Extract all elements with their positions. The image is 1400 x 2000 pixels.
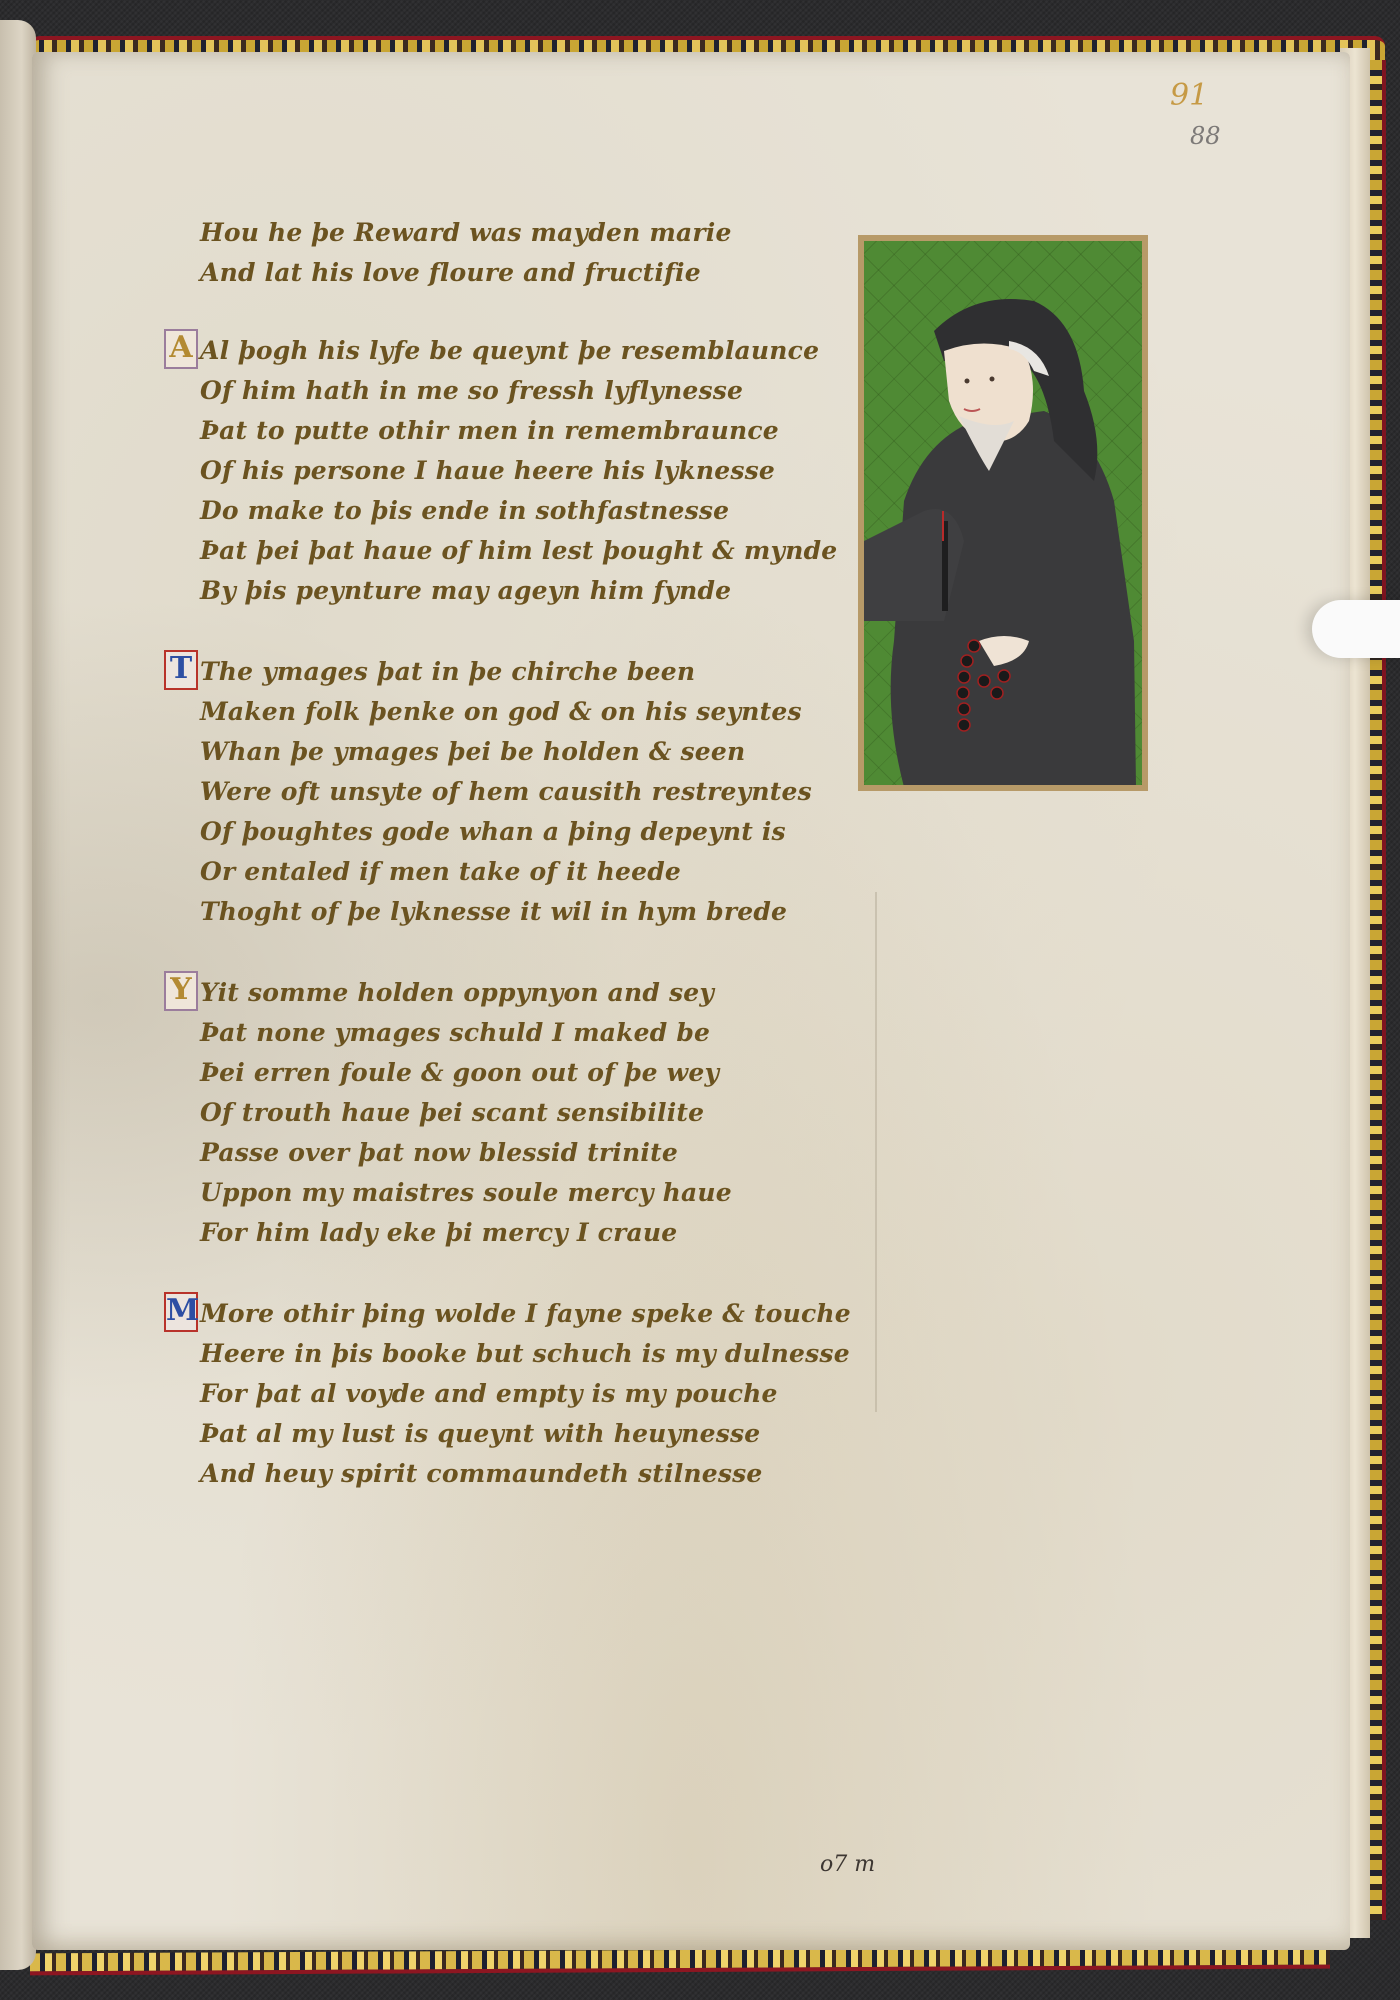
verse-line: And lat his love floure and fructifie [200, 253, 860, 293]
verse-line: More othir þing wolde I fayne speke & to… [200, 1294, 860, 1334]
stanza-intro: Hou he þe Reward was mayden marie And la… [200, 213, 860, 293]
verse-line: Were oft unsyte of hem causith restreynt… [200, 772, 860, 812]
verse-line: Of trouth haue þei scant sensibilite [200, 1093, 860, 1133]
quire-signature: o7 m [820, 1852, 875, 1877]
verse-line: Maken folk þenke on god & on his seyntes [200, 692, 860, 732]
verse-line: Of him hath in me so fressh lyflynesse [200, 371, 860, 411]
chaucer-portrait-miniature [858, 235, 1148, 791]
verse-line: Þat al my lust is queynt with heuynesse [200, 1414, 860, 1454]
verse-line: Þei erren foule & goon out of þe wey [200, 1053, 860, 1093]
poem-text-column: Hou he þe Reward was mayden marie And la… [200, 213, 860, 1535]
verse-line: Yit somme holden oppynyon and sey [200, 973, 860, 1013]
decorated-initial: A [164, 329, 198, 369]
verse-line: Heere in þis booke but schuch is my duln… [200, 1334, 860, 1374]
verse-line: For him lady eke þi mercy I craue [200, 1213, 860, 1253]
folio-number-pencil: 88 [1190, 122, 1221, 150]
decorated-initial: T [164, 650, 198, 690]
stanza-1: A Al þogh his lyfe be queynt þe resembla… [200, 331, 860, 611]
verse-line: Þat to putte othir men in remembraunce [200, 411, 860, 451]
verse-line: Þat none ymages schuld I maked be [200, 1013, 860, 1053]
verse-line: The ymages þat in þe chirche been [200, 652, 860, 692]
gilt-edge-right [1368, 60, 1386, 1920]
verse-line: Of þoughtes gode whan a þing depeynt is [200, 812, 860, 852]
verse-line: Do make to þis ende in sothfastnesse [200, 491, 860, 531]
verse-line: Thoght of þe lyknesse it wil in hym bred… [200, 892, 860, 932]
stanza-4: M More othir þing wolde I fayne speke & … [200, 1294, 860, 1494]
verse-line: Al þogh his lyfe be queynt þe resemblaun… [200, 331, 860, 371]
verse-line: Whan þe ymages þei be holden & seen [200, 732, 860, 772]
verse-line: Uppon my maistres soule mercy haue [200, 1173, 860, 1213]
verse-line: Passe over þat now blessid trinite [200, 1133, 860, 1173]
verse-line: Of his persone I haue heere his lyknesse [200, 451, 860, 491]
verse-line: For þat al voyde and empty is my pouche [200, 1374, 860, 1414]
page-marker-tab [1312, 600, 1400, 658]
stanza-3: Y Yit somme holden oppynyon and sey Þat … [200, 973, 860, 1253]
verse-line: Hou he þe Reward was mayden marie [200, 213, 860, 253]
verse-line: And heuy spirit commaundeth stilnesse [200, 1454, 860, 1494]
verse-line: Or entaled if men take of it heede [200, 852, 860, 892]
stanza-2: T The ymages þat in þe chirche been Make… [200, 652, 860, 932]
portrait-figure-icon [864, 241, 1144, 787]
decorated-initial: M [164, 1292, 198, 1332]
verse-line: Þat þei þat haue of him lest þought & my… [200, 531, 860, 571]
facing-page-edge [0, 20, 36, 1970]
decorated-initial: Y [164, 971, 198, 1011]
page-fold-line [875, 892, 877, 1412]
verse-line: By þis peynture may ageyn him fynde [200, 571, 860, 611]
folio-number-ink: 91 [1170, 78, 1208, 113]
